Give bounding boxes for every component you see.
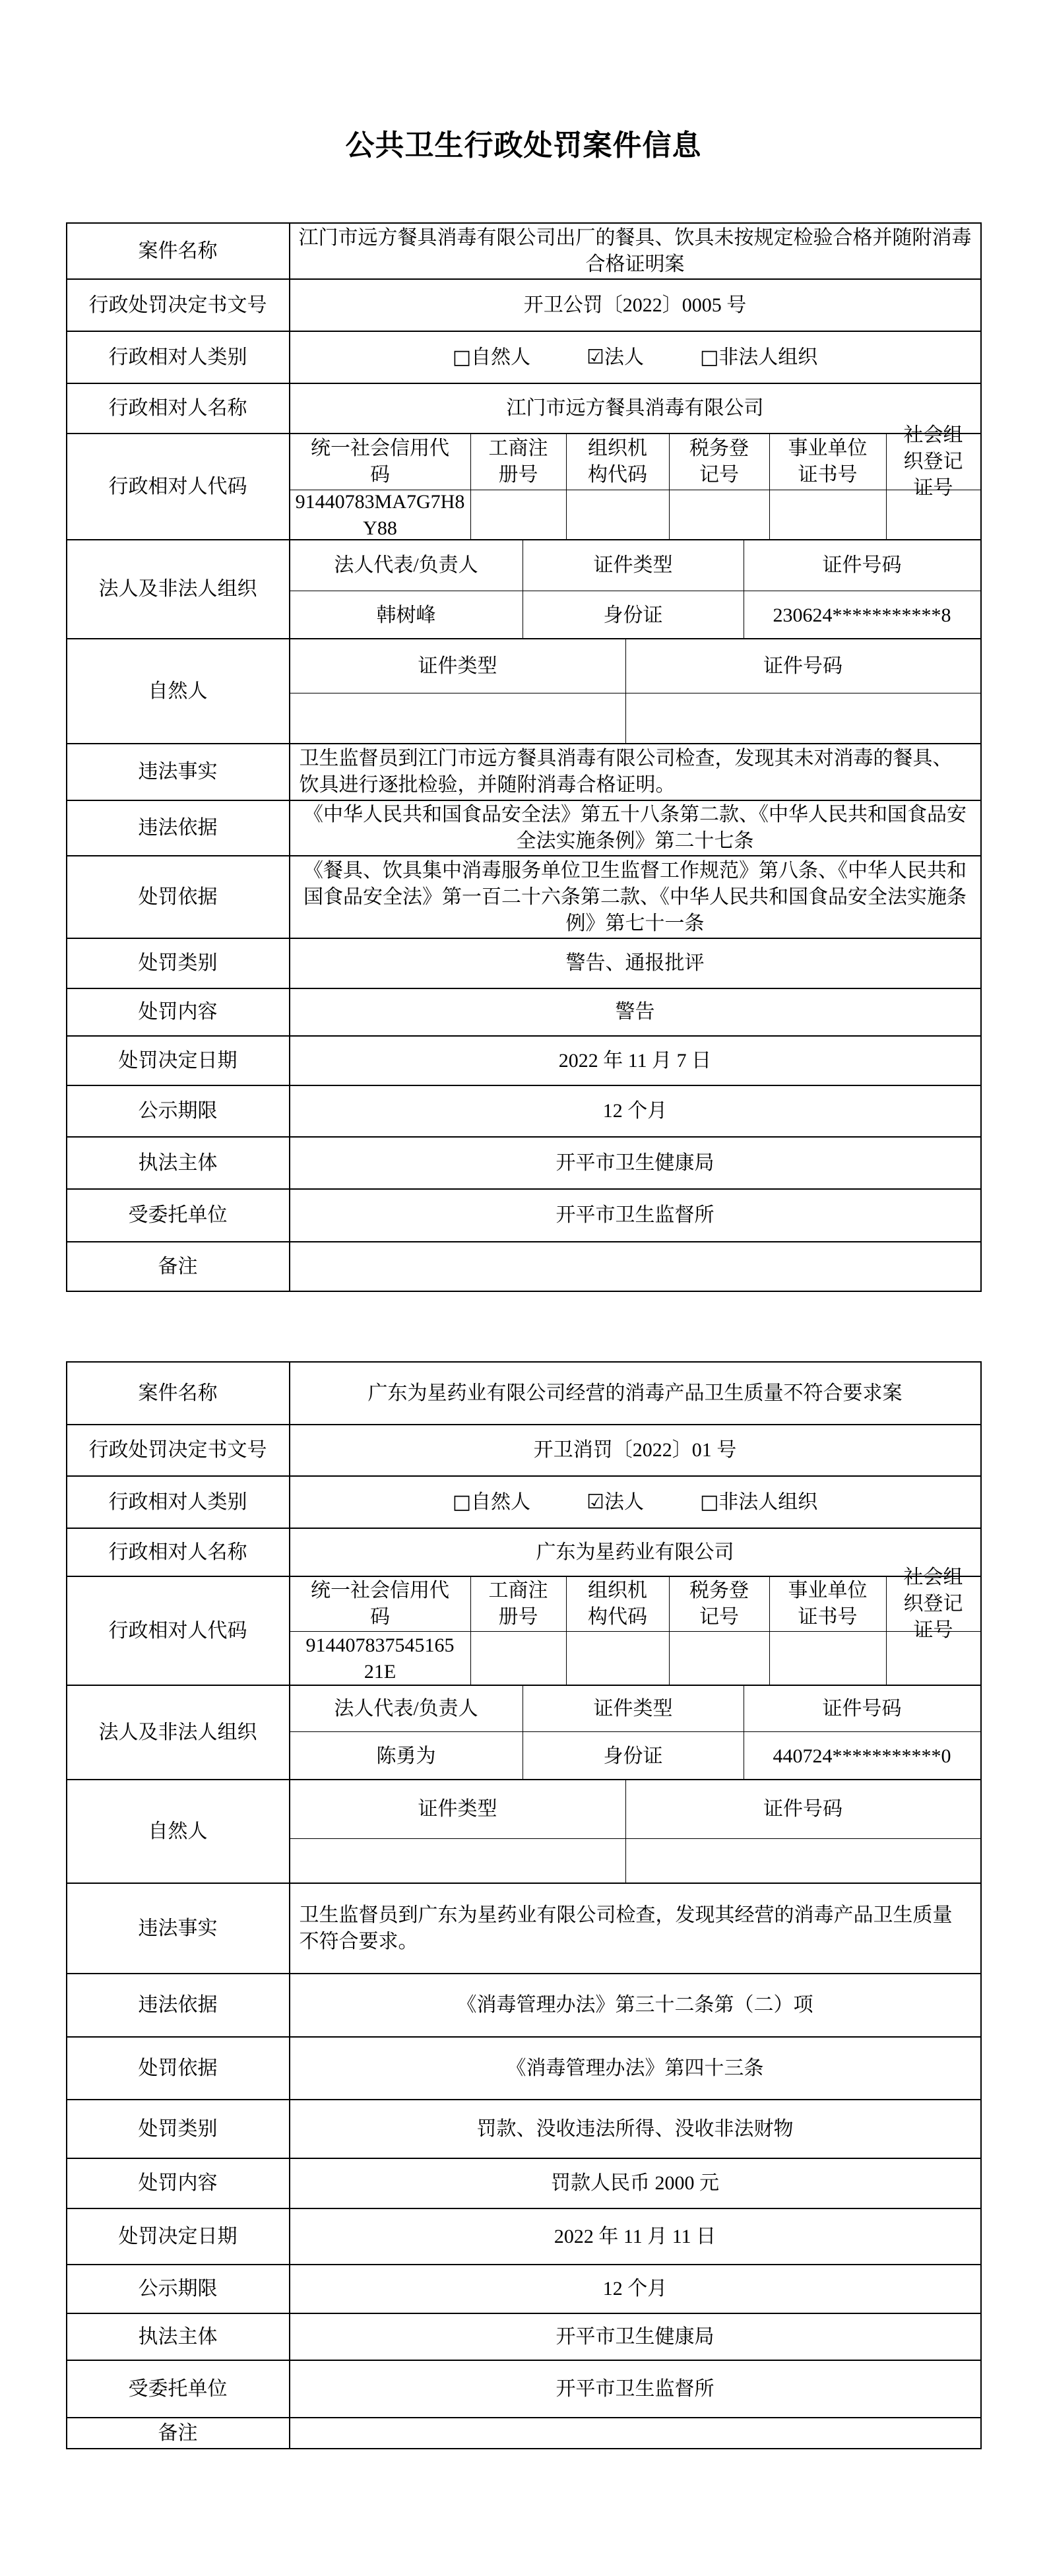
org-code-value xyxy=(567,490,670,540)
party-type-label: 行政相对人类别 xyxy=(67,1477,290,1528)
np-cert-no-header: 证件号码 xyxy=(626,639,980,693)
natural-person-value-row xyxy=(290,1839,980,1884)
cert-no-header: 证件号码 xyxy=(744,540,980,591)
publicity-period-label: 公示期限 xyxy=(67,2265,290,2313)
row-penalty-content: 处罚内容 警告 xyxy=(67,988,980,1035)
illegal-basis-label: 违法依据 xyxy=(67,801,290,855)
row-enforcement-body: 执法主体 开平市卫生健康局 xyxy=(67,2313,980,2360)
legal-org-header-row: 法人代表/负责人 证件类型 证件号码 xyxy=(290,1686,980,1732)
legal-org-subtable: 法人代表/负责人 证件类型 证件号码 陈勇为 身份证 440724*******… xyxy=(290,1686,980,1779)
party-code-header-row: 统一社会信用代码 工商注册号 组织机构代码 税务登记号 事业单位证书号 社会组织… xyxy=(290,434,980,490)
penalty-decision-date-value: 2022 年 11 月 7 日 xyxy=(290,1037,980,1085)
entrusted-unit-label: 受委托单位 xyxy=(67,1190,290,1241)
illegal-fact-label: 违法事实 xyxy=(67,744,290,800)
row-natural-person: 自然人 证件类型 证件号码 xyxy=(67,1779,980,1883)
penalty-category-label: 处罚类别 xyxy=(67,2100,290,2158)
org-code-value xyxy=(567,1632,670,1686)
case-table-1: 案件名称 江门市远方餐具消毒有限公司出厂的餐具、饮具未按规定检验合格并随附消毒合… xyxy=(66,222,982,1292)
institution-cert-no-value xyxy=(770,1632,887,1686)
institution-cert-no-header: 事业单位证书号 xyxy=(770,1577,887,1631)
credit-code-value: 91440783754516521E xyxy=(290,1632,471,1686)
entrusted-unit-value: 开平市卫生监督所 xyxy=(290,1190,980,1241)
penalty-category-value: 罚款、没收违法所得、没收非法财物 xyxy=(290,2100,980,2158)
natural-person-subtable: 证件类型 证件号码 xyxy=(290,639,980,743)
legal-org-header-row: 法人代表/负责人 证件类型 证件号码 xyxy=(290,540,980,591)
row-party-type: 行政相对人类别 □自然人 ☑法人 □非法人组织 xyxy=(67,1475,980,1528)
business-reg-no-value xyxy=(471,1632,567,1686)
remarks-value xyxy=(290,1242,980,1291)
illegal-fact-value: 卫生监督员到江门市远方餐具消毒有限公司检查，发现其未对消毒的餐具、饮具进行逐批检… xyxy=(290,744,980,800)
row-remarks: 备注 xyxy=(67,1241,980,1291)
enforcement-body-label: 执法主体 xyxy=(67,2314,290,2360)
remarks-value xyxy=(290,2418,980,2448)
case-name-label: 案件名称 xyxy=(67,224,290,278)
np-cert-type-header: 证件类型 xyxy=(290,1780,626,1838)
checkbox-natural-person: □自然人 xyxy=(453,344,530,371)
illegal-fact-value: 卫生监督员到广东为星药业有限公司检查，发现其经营的消毒产品卫生质量不符合要求。 xyxy=(290,1884,980,1973)
party-code-value-row: 91440783754516521E xyxy=(290,1632,980,1686)
np-cert-type-header: 证件类型 xyxy=(290,639,626,693)
party-code-label: 行政相对人代码 xyxy=(67,434,290,539)
np-cert-type-value xyxy=(290,1839,626,1884)
legal-org-value-row: 陈勇为 身份证 440724***********0 xyxy=(290,1732,980,1780)
org-code-header: 组织机构代码 xyxy=(567,1577,670,1631)
party-name-label: 行政相对人名称 xyxy=(67,384,290,433)
row-illegal-fact: 违法事实 卫生监督员到广东为星药业有限公司检查，发现其经营的消毒产品卫生质量不符… xyxy=(67,1883,980,1973)
party-code-label: 行政相对人代码 xyxy=(67,1577,290,1685)
cert-type-header: 证件类型 xyxy=(523,540,744,591)
row-publicity-period: 公示期限 12 个月 xyxy=(67,1085,980,1136)
row-penalty-category: 处罚类别 警告、通报批评 xyxy=(67,938,980,988)
remarks-label: 备注 xyxy=(67,2418,290,2448)
penalty-content-value: 罚款人民币 2000 元 xyxy=(290,2159,980,2208)
party-type-label: 行政相对人类别 xyxy=(67,332,290,383)
cert-type-header: 证件类型 xyxy=(523,1686,744,1731)
cert-no-value: 440724***********0 xyxy=(744,1732,980,1780)
row-illegal-basis: 违法依据 《消毒管理办法》第三十二条第（二）项 xyxy=(67,1973,980,2036)
natural-person-value-row xyxy=(290,693,980,744)
publicity-period-value: 12 个月 xyxy=(290,2265,980,2313)
row-legal-org: 法人及非法人组织 法人代表/负责人 证件类型 证件号码 陈勇为 身份证 4407… xyxy=(67,1685,980,1779)
row-party-code: 行政相对人代码 统一社会信用代码 工商注册号 组织机构代码 税务登记号 事业单位… xyxy=(67,1576,980,1685)
checkbox-legal-person-checked: ☑法人 xyxy=(587,344,644,371)
decision-doc-no-label: 行政处罚决定书文号 xyxy=(67,280,290,331)
legal-org-label: 法人及非法人组织 xyxy=(67,540,290,638)
legal-rep-header: 法人代表/负责人 xyxy=(290,540,523,591)
cert-no-header: 证件号码 xyxy=(744,1686,980,1731)
checkbox-natural-person: □自然人 xyxy=(453,1489,530,1516)
credit-code-header: 统一社会信用代码 xyxy=(290,1577,471,1631)
party-name-label: 行政相对人名称 xyxy=(67,1529,290,1576)
row-entrusted-unit: 受委托单位 开平市卫生监督所 xyxy=(67,1188,980,1241)
party-code-value-row: 91440783MA7G7H8Y88 xyxy=(290,490,980,540)
np-cert-no-header: 证件号码 xyxy=(626,1780,980,1838)
row-penalty-decision-date: 处罚决定日期 2022 年 11 月 11 日 xyxy=(67,2208,980,2264)
remarks-label: 备注 xyxy=(67,1242,290,1291)
entrusted-unit-label: 受委托单位 xyxy=(67,2361,290,2417)
social-org-cert-no-header: 社会组织登记证号 xyxy=(887,434,980,490)
penalty-basis-label: 处罚依据 xyxy=(67,2038,290,2099)
tax-reg-no-value xyxy=(670,490,770,540)
row-entrusted-unit: 受委托单位 开平市卫生监督所 xyxy=(67,2360,980,2417)
legal-rep-value: 韩树峰 xyxy=(290,591,523,639)
decision-doc-no-value: 开卫消罚〔2022〕01 号 xyxy=(290,1425,980,1475)
row-enforcement-body: 执法主体 开平市卫生健康局 xyxy=(67,1136,980,1188)
natural-person-label: 自然人 xyxy=(67,639,290,743)
penalty-decision-date-label: 处罚决定日期 xyxy=(67,2209,290,2264)
natural-person-subtable: 证件类型 证件号码 xyxy=(290,1780,980,1883)
party-code-header-row: 统一社会信用代码 工商注册号 组织机构代码 税务登记号 事业单位证书号 社会组织… xyxy=(290,1577,980,1632)
decision-doc-no-value: 开卫公罚〔2022〕0005 号 xyxy=(290,280,980,331)
row-penalty-basis: 处罚依据 《餐具、饮具集中消毒服务单位卫生监督工作规范》第八条、《中华人民共和国… xyxy=(67,855,980,938)
penalty-basis-label: 处罚依据 xyxy=(67,856,290,938)
penalty-decision-date-label: 处罚决定日期 xyxy=(67,1037,290,1085)
row-party-name: 行政相对人名称 江门市远方餐具消毒有限公司 xyxy=(67,383,980,433)
party-type-checkboxes: □自然人 ☑法人 □非法人组织 xyxy=(290,1477,980,1528)
publicity-period-label: 公示期限 xyxy=(67,1086,290,1136)
document-page: 公共卫生行政处罚案件信息 案件名称 江门市远方餐具消毒有限公司出厂的餐具、饮具未… xyxy=(0,0,1047,2576)
tax-reg-no-header: 税务登记号 xyxy=(670,434,770,490)
legal-rep-header: 法人代表/负责人 xyxy=(290,1686,523,1731)
penalty-category-label: 处罚类别 xyxy=(67,939,290,988)
cert-type-value: 身份证 xyxy=(523,1732,744,1780)
row-penalty-decision-date: 处罚决定日期 2022 年 11 月 7 日 xyxy=(67,1035,980,1085)
business-reg-no-value xyxy=(471,490,567,540)
credit-code-header: 统一社会信用代码 xyxy=(290,434,471,490)
checkbox-non-legal-org: □非法人组织 xyxy=(700,1489,817,1516)
party-type-checkboxes: □自然人 ☑法人 □非法人组织 xyxy=(290,332,980,383)
social-org-cert-no-header: 社会组织登记证号 xyxy=(887,1577,980,1631)
social-org-cert-no-value xyxy=(887,1632,980,1686)
case-name-value: 江门市远方餐具消毒有限公司出厂的餐具、饮具未按规定检验合格并随附消毒合格证明案 xyxy=(290,224,980,278)
natural-person-label: 自然人 xyxy=(67,1780,290,1883)
party-code-subtable: 统一社会信用代码 工商注册号 组织机构代码 税务登记号 事业单位证书号 社会组织… xyxy=(290,1577,980,1685)
tax-reg-no-header: 税务登记号 xyxy=(670,1577,770,1631)
cert-type-value: 身份证 xyxy=(523,591,744,639)
enforcement-body-value: 开平市卫生健康局 xyxy=(290,2314,980,2360)
penalty-content-label: 处罚内容 xyxy=(67,2159,290,2208)
illegal-basis-value: 《中华人民共和国食品安全法》第五十八条第二款、《中华人民共和国食品安全法实施条例… xyxy=(290,801,980,855)
legal-org-label: 法人及非法人组织 xyxy=(67,1686,290,1779)
row-penalty-content: 处罚内容 罚款人民币 2000 元 xyxy=(67,2158,980,2208)
penalty-content-value: 警告 xyxy=(290,989,980,1035)
row-publicity-period: 公示期限 12 个月 xyxy=(67,2264,980,2313)
penalty-decision-date-value: 2022 年 11 月 11 日 xyxy=(290,2209,980,2264)
social-org-cert-no-value xyxy=(887,490,980,540)
natural-person-header-row: 证件类型 证件号码 xyxy=(290,1780,980,1839)
row-decision-doc-no: 行政处罚决定书文号 开卫消罚〔2022〕01 号 xyxy=(67,1424,980,1475)
publicity-period-value: 12 个月 xyxy=(290,1086,980,1136)
row-party-code: 行政相对人代码 统一社会信用代码 工商注册号 组织机构代码 税务登记号 事业单位… xyxy=(67,433,980,539)
decision-doc-no-label: 行政处罚决定书文号 xyxy=(67,1425,290,1475)
institution-cert-no-value xyxy=(770,490,887,540)
enforcement-body-value: 开平市卫生健康局 xyxy=(290,1138,980,1188)
row-natural-person: 自然人 证件类型 证件号码 xyxy=(67,638,980,743)
enforcement-body-label: 执法主体 xyxy=(67,1138,290,1188)
page-title: 公共卫生行政处罚案件信息 xyxy=(0,0,1047,166)
case-name-label: 案件名称 xyxy=(67,1363,290,1424)
party-name-value: 江门市远方餐具消毒有限公司 xyxy=(290,384,980,433)
row-legal-org: 法人及非法人组织 法人代表/负责人 证件类型 证件号码 韩树峰 身份证 2306… xyxy=(67,539,980,638)
penalty-basis-value: 《消毒管理办法》第四十三条 xyxy=(290,2038,980,2099)
np-cert-no-value xyxy=(626,693,980,744)
row-illegal-basis: 违法依据 《中华人民共和国食品安全法》第五十八条第二款、《中华人民共和国食品安全… xyxy=(67,800,980,855)
row-penalty-basis: 处罚依据 《消毒管理办法》第四十三条 xyxy=(67,2036,980,2099)
business-reg-no-header: 工商注册号 xyxy=(471,434,567,490)
cert-no-value: 230624***********8 xyxy=(744,591,980,639)
row-penalty-category: 处罚类别 罚款、没收违法所得、没收非法财物 xyxy=(67,2099,980,2158)
checkbox-non-legal-org: □非法人组织 xyxy=(700,344,817,371)
row-case-name: 案件名称 广东为星药业有限公司经营的消毒产品卫生质量不符合要求案 xyxy=(67,1363,980,1424)
institution-cert-no-header: 事业单位证书号 xyxy=(770,434,887,490)
case-table-2: 案件名称 广东为星药业有限公司经营的消毒产品卫生质量不符合要求案 行政处罚决定书… xyxy=(66,1361,982,2449)
illegal-fact-label: 违法事实 xyxy=(67,1884,290,1973)
legal-org-value-row: 韩树峰 身份证 230624***********8 xyxy=(290,591,980,639)
case-name-value: 广东为星药业有限公司经营的消毒产品卫生质量不符合要求案 xyxy=(290,1363,980,1424)
np-cert-type-value xyxy=(290,693,626,744)
row-party-type: 行政相对人类别 □自然人 ☑法人 □非法人组织 xyxy=(67,331,980,383)
entrusted-unit-value: 开平市卫生监督所 xyxy=(290,2361,980,2417)
business-reg-no-header: 工商注册号 xyxy=(471,1577,567,1631)
org-code-header: 组织机构代码 xyxy=(567,434,670,490)
row-decision-doc-no: 行政处罚决定书文号 开卫公罚〔2022〕0005 号 xyxy=(67,278,980,331)
penalty-category-value: 警告、通报批评 xyxy=(290,939,980,988)
tax-reg-no-value xyxy=(670,1632,770,1686)
illegal-basis-value: 《消毒管理办法》第三十二条第（二）项 xyxy=(290,1974,980,2036)
np-cert-no-value xyxy=(626,1839,980,1884)
illegal-basis-label: 违法依据 xyxy=(67,1974,290,2036)
party-name-value: 广东为星药业有限公司 xyxy=(290,1529,980,1576)
legal-rep-value: 陈勇为 xyxy=(290,1732,523,1780)
penalty-basis-value: 《餐具、饮具集中消毒服务单位卫生监督工作规范》第八条、《中华人民共和国食品安全法… xyxy=(290,856,980,938)
row-party-name: 行政相对人名称 广东为星药业有限公司 xyxy=(67,1528,980,1576)
credit-code-value: 91440783MA7G7H8Y88 xyxy=(290,490,471,540)
row-case-name: 案件名称 江门市远方餐具消毒有限公司出厂的餐具、饮具未按规定检验合格并随附消毒合… xyxy=(67,224,980,278)
penalty-content-label: 处罚内容 xyxy=(67,989,290,1035)
row-illegal-fact: 违法事实 卫生监督员到江门市远方餐具消毒有限公司检查，发现其未对消毒的餐具、饮具… xyxy=(67,743,980,800)
legal-org-subtable: 法人代表/负责人 证件类型 证件号码 韩树峰 身份证 230624*******… xyxy=(290,540,980,638)
checkbox-legal-person-checked: ☑法人 xyxy=(587,1489,644,1516)
natural-person-header-row: 证件类型 证件号码 xyxy=(290,639,980,693)
row-remarks: 备注 xyxy=(67,2417,980,2448)
party-code-subtable: 统一社会信用代码 工商注册号 组织机构代码 税务登记号 事业单位证书号 社会组织… xyxy=(290,434,980,539)
